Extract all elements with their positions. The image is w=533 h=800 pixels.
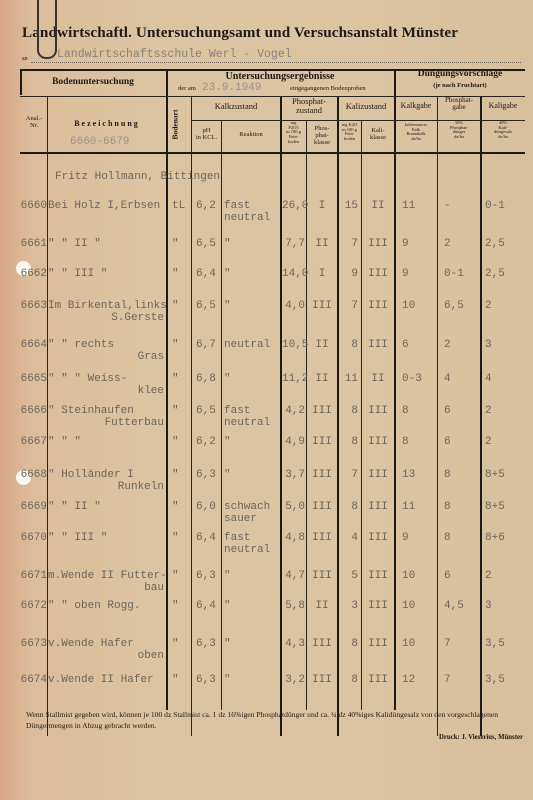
cell-phos: 6	[444, 405, 451, 417]
cell-kalk: 10	[402, 638, 415, 650]
cell-kali: 0-1	[485, 200, 505, 212]
col-phosphatgabe: Phosphat- gabe	[438, 97, 480, 112]
cell-p2o5: 4,2	[282, 405, 305, 417]
cell-p2o5: 26,0	[282, 200, 305, 212]
cell-kali: 2	[485, 436, 492, 448]
paperclip-icon	[37, 0, 57, 59]
col-divider	[191, 96, 192, 736]
cell-pkl: I	[308, 268, 336, 280]
cell-kkl: III	[363, 436, 393, 448]
cell-k2o: 8	[340, 674, 358, 686]
cell-ph: 6,3	[196, 638, 216, 650]
cell-ph: 6,4	[196, 268, 216, 280]
cell-bodenart: "	[172, 638, 179, 650]
fruchtart-note: (je nach Fruchtart)	[395, 83, 525, 90]
cell-kalk: 10	[402, 600, 415, 612]
cell-k2o: 7	[340, 300, 358, 312]
cell-ph: 6,0	[196, 501, 216, 513]
cell-kkl: III	[363, 469, 393, 481]
col-kaligabe: Kaligabe	[481, 102, 525, 110]
institute-title: Landwirtschaftl. Untersuchungsamt und Ve…	[22, 24, 458, 42]
cell-bez1: " Holländer I	[48, 469, 134, 481]
cell-k2o: 11	[340, 373, 358, 385]
addressee: Landwirtschaftsschule Werl - Vogel	[57, 48, 292, 61]
col-divider	[394, 70, 396, 710]
cell-nr: 6666	[15, 405, 47, 417]
cell-kali: 3	[485, 600, 492, 612]
col-anal-nr: Anal.- Nr.	[22, 116, 46, 130]
cell-k2o: 3	[340, 600, 358, 612]
cell-phos: 8	[444, 469, 451, 481]
cell-p2o5: 5,0	[282, 501, 305, 513]
cell-bez1: m.Wende II Futter-	[48, 570, 167, 582]
cell-ph: 6,2	[196, 200, 216, 212]
cell-kkl: II	[363, 373, 393, 385]
cell-pkl: II	[308, 339, 336, 351]
sample-range: 6660-6679	[70, 136, 129, 148]
cell-p2o5: 4,0	[282, 300, 305, 312]
footnote: Wenn Stallmist gegeben wird, können je 1…	[26, 709, 526, 731]
cell-bez1: " Steinhaufen	[48, 405, 134, 417]
header-bottom-rule	[20, 152, 525, 154]
cell-bez2: bau	[48, 582, 164, 594]
cell-kali: 4	[485, 373, 492, 385]
cell-bodenart: "	[172, 268, 179, 280]
cell-kalk: 9	[402, 238, 409, 250]
cell-pkl: I	[308, 200, 336, 212]
cell-nr: 6662	[15, 268, 47, 280]
col-divider	[480, 96, 482, 736]
cell-reak2: sauer	[224, 513, 257, 525]
cell-k2o: 8	[340, 638, 358, 650]
cell-bodenart: "	[172, 238, 179, 250]
cell-p2o5: 14,0	[282, 268, 305, 280]
cell-reak1: "	[224, 674, 231, 686]
cell-reak1: "	[224, 570, 231, 582]
cell-bodenart: "	[172, 405, 179, 417]
cell-bodenart: "	[172, 469, 179, 481]
receipt-date: 23.9.1949	[202, 82, 261, 94]
cell-p2o5: 4,8	[282, 532, 305, 544]
cell-p2o5: 4,3	[282, 638, 305, 650]
cell-nr: 6663	[15, 300, 47, 312]
cell-bez1: v.Wende II Hafer	[48, 674, 154, 686]
cell-pkl: III	[308, 405, 336, 417]
printer-credit: Druck: J. Vieserius, Münster	[439, 734, 523, 741]
cell-pkl: III	[308, 638, 336, 650]
addressee-label: an	[22, 56, 28, 62]
cell-bez1: " " II "	[48, 238, 101, 250]
cell-kalk: 12	[402, 674, 415, 686]
der-am-label: der am	[178, 86, 196, 93]
cell-bodenart: "	[172, 532, 179, 544]
cell-reak1: fast	[224, 200, 250, 212]
cell-ph: 6,2	[196, 436, 216, 448]
cell-kalk: 6	[402, 339, 409, 351]
cell-reak1: "	[224, 268, 231, 280]
cell-pkl: III	[308, 300, 336, 312]
col-k2o: mg K2O in 100 g Fein- boden	[338, 123, 361, 142]
cell-kalk: 8	[402, 405, 409, 417]
cell-bez1: " " III "	[48, 532, 107, 544]
cell-phos: 4	[444, 373, 451, 385]
cell-bez1: " " "	[48, 436, 81, 448]
col-phosphatklasse: Phos- phat- klasse	[307, 126, 337, 146]
cell-kkl: III	[363, 638, 393, 650]
cell-phos: 7	[444, 674, 451, 686]
col-bezeichnung: Bezeichnung	[48, 120, 166, 128]
cell-phos: 2	[444, 238, 451, 250]
col-divider	[337, 96, 339, 736]
cell-phos: 6,5	[444, 300, 464, 312]
cell-pkl: II	[308, 600, 336, 612]
cell-phos: 8	[444, 532, 451, 544]
cell-bez1: " " III "	[48, 268, 107, 280]
cell-reak2: neutral	[224, 544, 270, 556]
cell-pkl: III	[308, 436, 336, 448]
cell-bodenart: "	[172, 570, 179, 582]
cell-bez1: " " rechts	[48, 339, 114, 351]
cell-ph: 6,3	[196, 469, 216, 481]
cell-nr: 6660	[15, 200, 47, 212]
cell-k2o: 8	[340, 436, 358, 448]
cell-pkl: II	[308, 238, 336, 250]
cell-kkl: III	[363, 600, 393, 612]
cell-k2o: 8	[340, 405, 358, 417]
col-ph: pH in KCL.	[192, 128, 221, 142]
cell-kkl: III	[363, 300, 393, 312]
col-phosphatzustand: Phosphat- zustand	[281, 97, 337, 115]
cell-p2o5: 3,2	[282, 674, 305, 686]
cell-kalk: 9	[402, 532, 409, 544]
cell-pkl: III	[308, 532, 336, 544]
cell-nr: 6665	[15, 373, 47, 385]
cell-kalk: 8	[402, 436, 409, 448]
cell-pkl: II	[308, 373, 336, 385]
cell-kalk: 0-3	[402, 373, 422, 385]
cell-reak1: "	[224, 300, 231, 312]
cell-reak1: "	[224, 436, 231, 448]
cell-p2o5: 7,7	[282, 238, 305, 250]
col-kalkgabe-unit: kohlensaurer Kalk Branntkalk dz/ha	[395, 123, 437, 141]
cell-bez2: Futterbau	[48, 417, 164, 429]
cell-pkl: III	[308, 674, 336, 686]
cell-ph: 6,3	[196, 570, 216, 582]
cell-ph: 6,3	[196, 674, 216, 686]
cell-kali: 2	[485, 300, 492, 312]
cell-p2o5: 4,9	[282, 436, 305, 448]
cell-p2o5: 3,7	[282, 469, 305, 481]
cell-k2o: 4	[340, 532, 358, 544]
cell-kkl: III	[363, 674, 393, 686]
cell-p2o5: 10,5	[282, 339, 305, 351]
cell-reak2: neutral	[224, 417, 270, 429]
cell-kkl: III	[363, 339, 393, 351]
cell-kali: 2	[485, 405, 492, 417]
cell-ph: 6,8	[196, 373, 216, 385]
group-duengungsvorschlaege: Düngungsvorschläge	[395, 70, 525, 80]
cell-ph: 6,5	[196, 300, 216, 312]
cell-kkl: III	[363, 238, 393, 250]
cell-bodenart: "	[172, 339, 179, 351]
group-untersuchungsergebnisse: Untersuchungsergebnisse	[166, 72, 394, 83]
cell-bez2: Gras	[48, 351, 164, 363]
cell-reak1: schwach	[224, 501, 270, 513]
col-kaligabe-unit: 40% Kali- düngesalz dz/ha	[481, 121, 525, 140]
col-divider	[437, 96, 438, 736]
cell-bez1: " " oben Rogg.	[48, 600, 140, 612]
cell-phos: 4,5	[444, 600, 464, 612]
cell-bez2: Runkeln	[48, 481, 164, 493]
cell-bodenart: "	[172, 501, 179, 513]
cell-k2o: 5	[340, 570, 358, 582]
cell-bodenart: "	[172, 436, 179, 448]
cell-nr: 6668	[15, 469, 47, 481]
cell-kali: 8+6	[485, 532, 505, 544]
cell-bez1: v.Wende Hafer	[48, 638, 134, 650]
cell-kalk: 11	[402, 200, 415, 212]
cell-nr: 6672	[15, 600, 47, 612]
cell-p2o5: 4,7	[282, 570, 305, 582]
cell-p2o5: 11,2	[282, 373, 305, 385]
cell-bez2: S.Gerste	[48, 312, 164, 324]
addressee-line	[31, 62, 521, 63]
cell-kali: 2	[485, 570, 492, 582]
cell-reak1: "	[224, 469, 231, 481]
cell-phos: 8	[444, 501, 451, 513]
cell-phos: 7	[444, 638, 451, 650]
cell-bodenart: "	[172, 300, 179, 312]
cell-kalk: 10	[402, 300, 415, 312]
cell-bez1: " " " Weiss-	[48, 373, 127, 385]
cell-nr: 6674	[15, 674, 47, 686]
cell-pkl: III	[308, 570, 336, 582]
cell-k2o: 9	[340, 268, 358, 280]
cell-ph: 6,4	[196, 532, 216, 544]
col-kaliklasse: Kali- klasse	[362, 128, 394, 142]
cell-bez1: Im Birkental,links	[48, 300, 167, 312]
cell-kali: 2,5	[485, 268, 505, 280]
cell-reak1: "	[224, 238, 231, 250]
cell-kalk: 13	[402, 469, 415, 481]
cell-kkl: III	[363, 268, 393, 280]
cell-phos: 0-1	[444, 268, 464, 280]
col-kalkzustand: Kalkzustand	[192, 102, 280, 111]
cell-kalk: 10	[402, 570, 415, 582]
cell-bez1: " " II "	[48, 501, 101, 513]
col-bodenart: Bodenart	[168, 96, 180, 156]
col-divider	[361, 120, 362, 710]
cell-reak2: neutral	[224, 212, 270, 224]
cell-reak1: fast	[224, 532, 250, 544]
cell-k2o: 7	[340, 238, 358, 250]
cell-nr: 6673	[15, 638, 47, 650]
col-reaktion: Reaktion	[222, 132, 280, 139]
cell-kalk: 9	[402, 268, 409, 280]
cell-kkl: III	[363, 405, 393, 417]
cell-kkl: III	[363, 501, 393, 513]
cell-kkl: III	[363, 570, 393, 582]
cell-reak1: fast	[224, 405, 250, 417]
cell-bez1: Bei Holz I,Erbsen	[48, 200, 160, 212]
cell-kali: 2,5	[485, 238, 505, 250]
cell-p2o5: 5,8	[282, 600, 305, 612]
cell-k2o: 8	[340, 339, 358, 351]
col-divider	[166, 70, 168, 710]
cell-bodenart: "	[172, 600, 179, 612]
col-divider	[221, 120, 222, 710]
group-bodenuntersuchung: Bodenuntersuchung	[20, 78, 166, 88]
cell-kali: 3	[485, 339, 492, 351]
cell-pkl: III	[308, 469, 336, 481]
cell-phos: -	[444, 200, 451, 212]
cell-ph: 6,7	[196, 339, 216, 351]
cell-nr: 6667	[15, 436, 47, 448]
cell-phos: 2	[444, 339, 451, 351]
cell-kkl: II	[363, 200, 393, 212]
cell-k2o: 15	[340, 200, 358, 212]
client-name: Fritz Hollmann, Bittingen	[55, 171, 220, 183]
cell-k2o: 7	[340, 469, 358, 481]
cell-nr: 6661	[15, 238, 47, 250]
cell-bez2: klee	[48, 385, 164, 397]
cell-kali: 8+5	[485, 469, 505, 481]
cell-bez2: oben	[48, 650, 164, 662]
col-kalizustand: Kalizustand	[338, 102, 394, 111]
cell-kalk: 11	[402, 501, 415, 513]
cell-reak1: "	[224, 373, 231, 385]
cell-nr: 6669	[15, 501, 47, 513]
col-phosphatgabe-unit: 16% Phosphat- dünger dz/ha	[438, 121, 480, 140]
cell-phos: 6	[444, 570, 451, 582]
cell-reak1: neutral	[224, 339, 270, 351]
cell-nr: 6670	[15, 532, 47, 544]
cell-reak1: "	[224, 600, 231, 612]
cell-ph: 6,5	[196, 405, 216, 417]
cell-ph: 6,4	[196, 600, 216, 612]
cell-bodenart: "	[172, 674, 179, 686]
col-kalkgabe: Kalkgabe	[395, 102, 437, 110]
cell-reak1: "	[224, 638, 231, 650]
cell-k2o: 8	[340, 501, 358, 513]
cell-kkl: III	[363, 532, 393, 544]
cell-kali: 8+5	[485, 501, 505, 513]
cell-kali: 3,5	[485, 674, 505, 686]
cell-pkl: III	[308, 501, 336, 513]
cell-phos: 6	[444, 436, 451, 448]
cell-ph: 6,5	[196, 238, 216, 250]
col-p2o5: mg P2O5 in 100 g Fein- boden	[281, 121, 306, 145]
cell-bodenart: "	[172, 373, 179, 385]
cell-nr: 6671	[15, 570, 47, 582]
cell-bodenart: tL	[172, 200, 185, 212]
eingegangen-label: eingegangenen Bodenproben	[290, 86, 366, 93]
cell-nr: 6664	[15, 339, 47, 351]
cell-kali: 3,5	[485, 638, 505, 650]
